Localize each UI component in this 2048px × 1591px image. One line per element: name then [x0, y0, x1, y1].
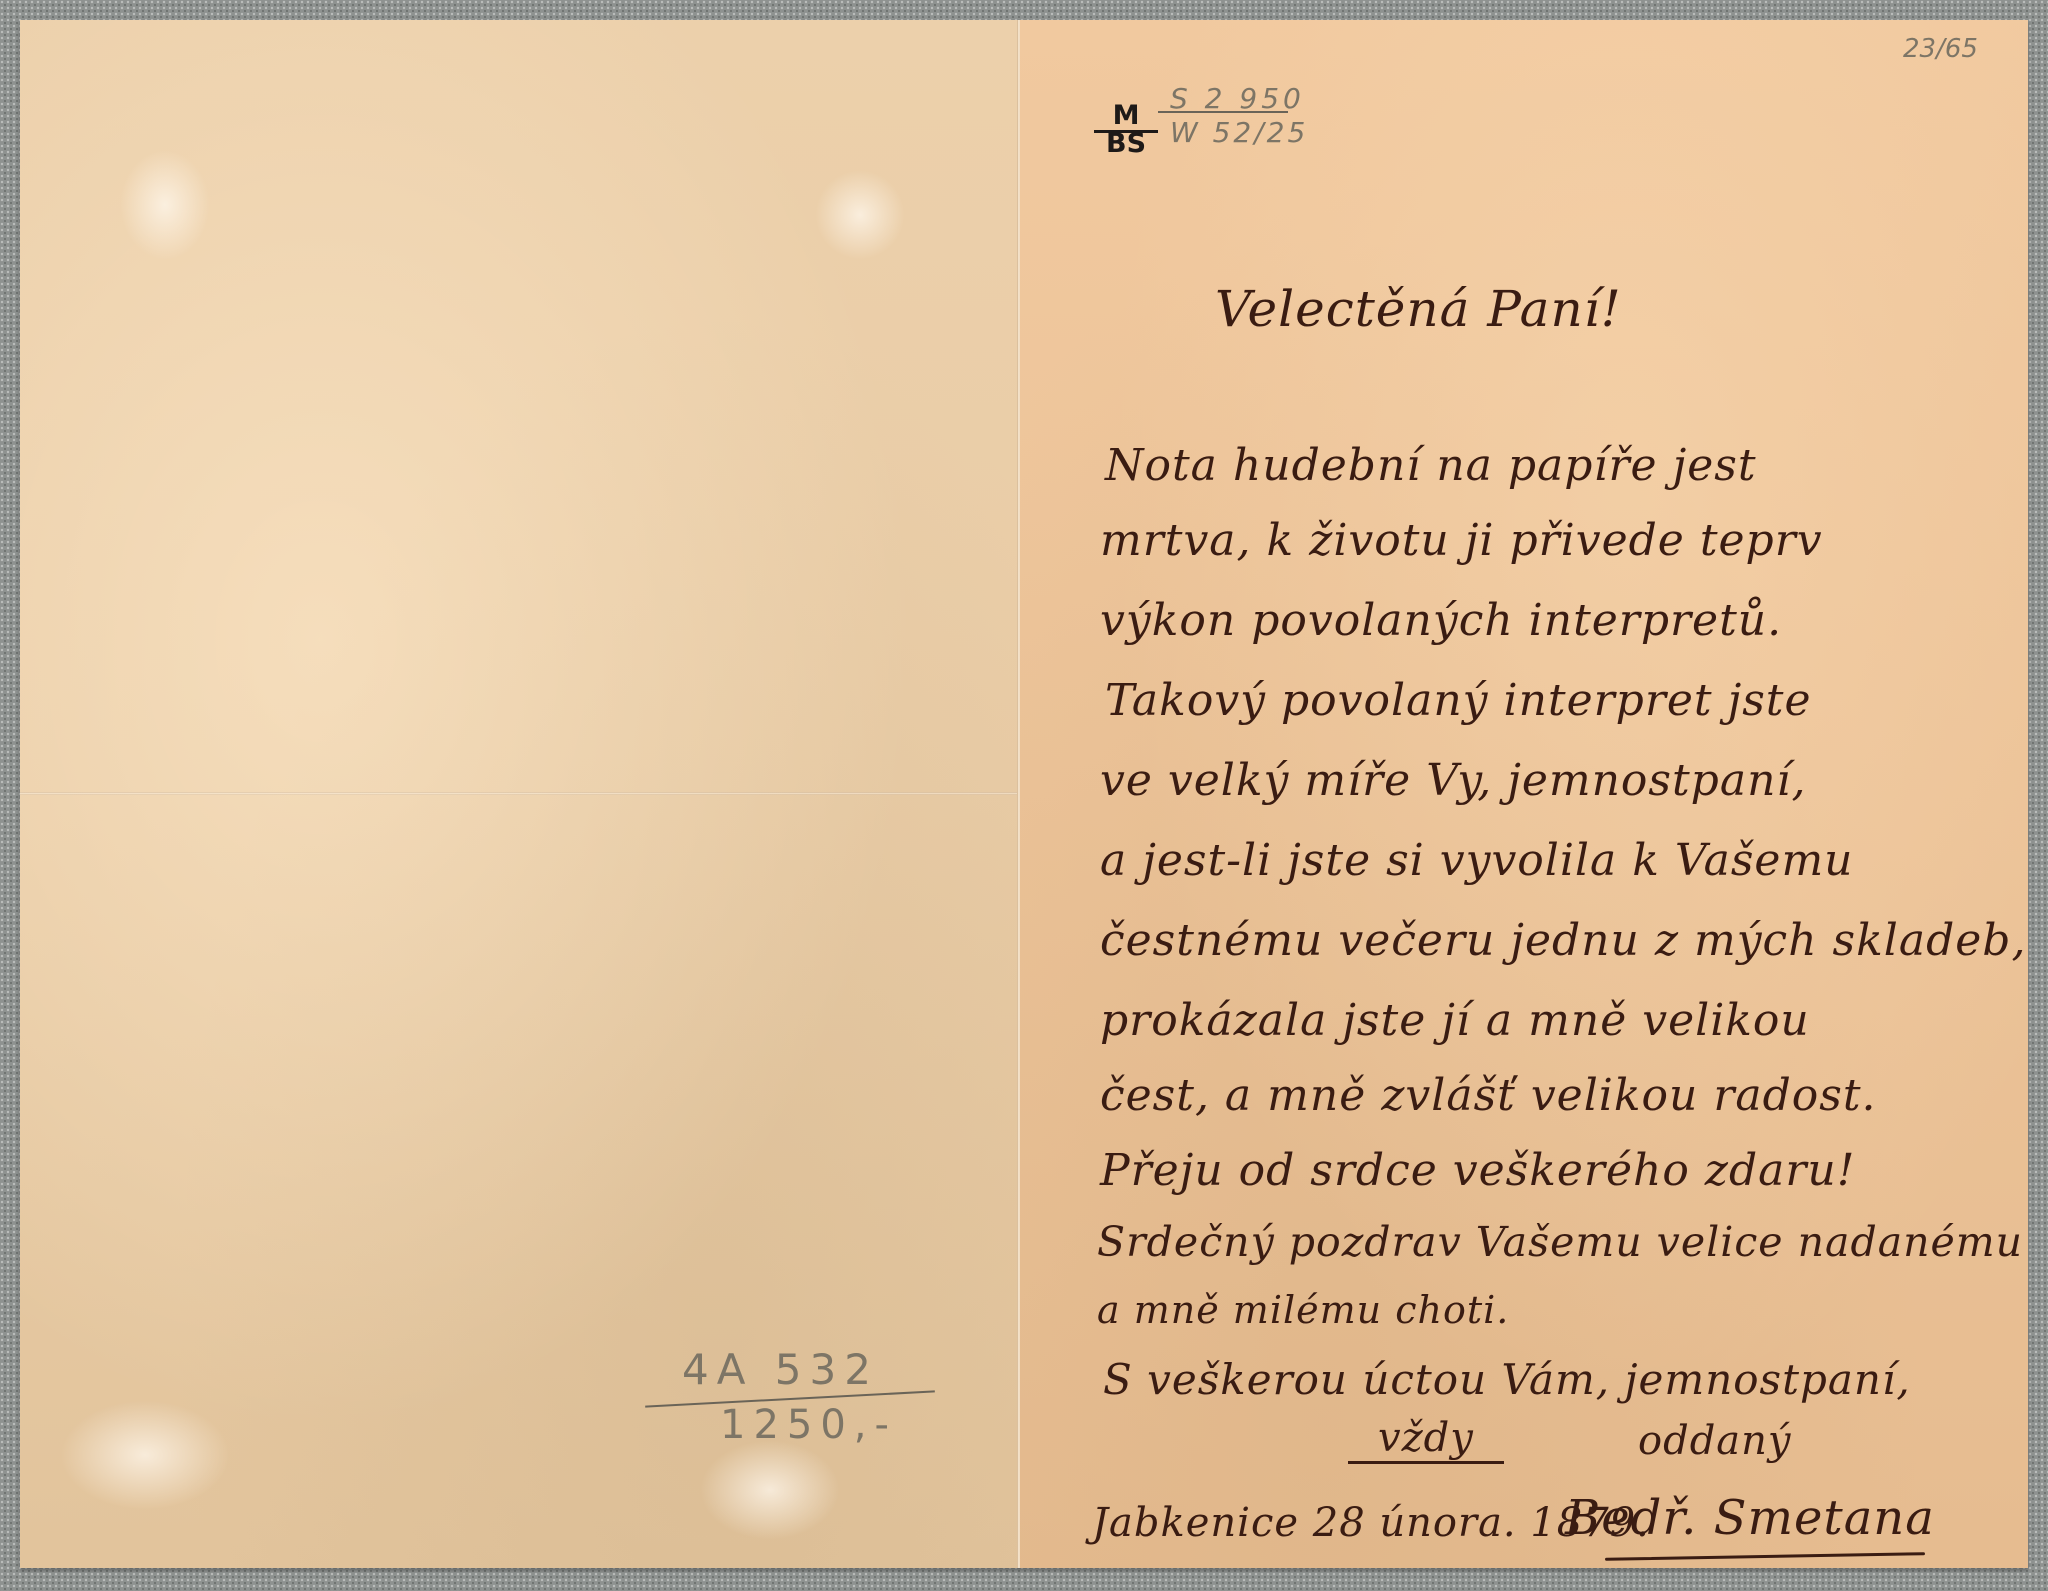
letter-line: S veškerou úctou Vám, jemnostpaní, [1103, 1355, 1911, 1404]
letter-line: a mně milému choti. [1097, 1288, 1509, 1332]
letter-line: Srdečný pozdrav Vašemu velice nadanému [1097, 1218, 2023, 1266]
letter-line: ve velký míře Vy, jemnostpaní, [1100, 755, 1806, 806]
letter-greeting: Velectěná Paní! [1215, 280, 1622, 338]
letter-line: Nota hudební na papíře jest [1105, 440, 1757, 491]
letter-line: Takový povolaný interpret jste [1105, 675, 1812, 726]
pencil-price: 1250,- [720, 1402, 897, 1448]
paper-stain [60, 1400, 230, 1510]
left-page-blank: 4A 532 1250,- [20, 20, 1018, 1568]
letter-line: prokázala jste jí a mně velikou [1100, 995, 1810, 1046]
letter-spread: 4A 532 1250,- M BS S 2 950 W 52/25 23/65… [20, 20, 2028, 1568]
stamp-bar [1094, 130, 1158, 133]
shelfmark-bottom: W 52/25 [1170, 116, 1308, 149]
paper-stain [700, 1440, 840, 1540]
letter-line: výkon povolaných interpretů. [1100, 595, 1782, 646]
horizontal-fold [20, 792, 1018, 795]
letter-line: Přeju od srdce veškerého zdaru! [1100, 1145, 1855, 1196]
library-stamp: M BS [1098, 102, 1154, 164]
shelfmark-divider [1158, 111, 1288, 113]
paper-stain [815, 170, 905, 260]
folio-number: 23/65 [1903, 34, 1978, 64]
closing-word-left: vždy [1348, 1415, 1504, 1464]
pencil-inventory-number: 4A 532 [682, 1345, 879, 1394]
letter-line: čest, a mně zvlášť velikou radost. [1100, 1070, 1877, 1121]
letter-line: čestnému večeru jednu z mých skladeb, [1100, 915, 2026, 966]
letter-line: a jest-li jste si vyvolila k Vašemu [1100, 835, 1854, 886]
paper-stain [120, 150, 210, 260]
letter-line: mrtva, k životu ji přivede teprv [1100, 515, 1823, 566]
signature: Bedř. Smetana [1565, 1490, 1935, 1546]
closing-word-right: oddaný [1638, 1418, 1792, 1464]
